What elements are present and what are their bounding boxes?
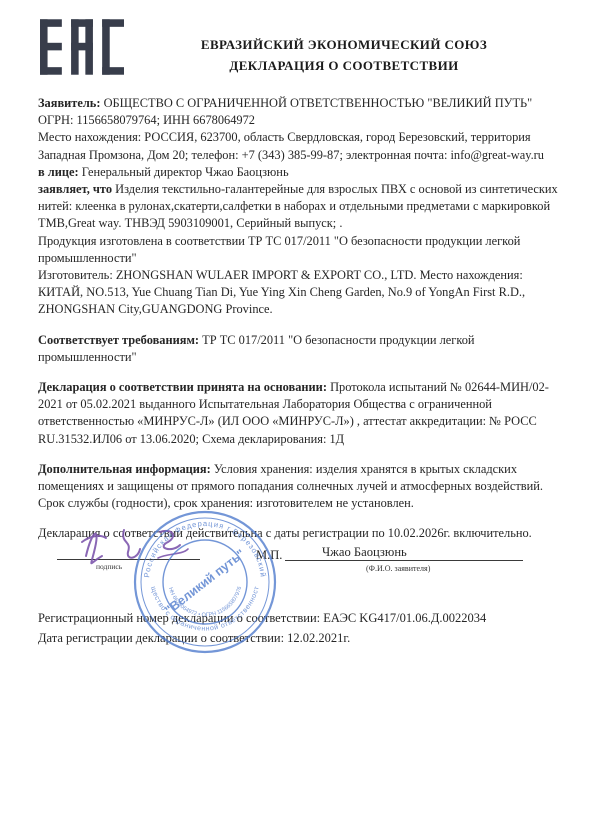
complies-label: Соответствует требованиям: (38, 333, 199, 347)
ogrn-text: ОГРН: 1156658079764; ИНН 6678064972 (38, 113, 255, 127)
company-stamp: Российская Федерация г.Березовский Общес… (131, 508, 279, 656)
document-body: Заявитель: ОБЩЕСТВО С ОГРАНИЧЕННОЙ ОТВЕТ… (0, 81, 594, 543)
applicant-name-caption: (Ф.И.О. заявителя) (366, 564, 430, 573)
manufacturer-text: Изготовитель: ZHONGSHAN WULAER IMPORT & … (38, 268, 525, 316)
declares-label: заявляет, что (38, 182, 112, 196)
document-title: ДЕКЛАРАЦИЯ О СООТВЕТСТВИИ (124, 55, 564, 76)
paragraph-declares: заявляет, что Изделия текстильно-галанте… (38, 181, 566, 233)
applicant-text: ОБЩЕСТВО С ОГРАНИЧЕННОЙ ОТВЕТСТВЕННОСТЬЮ… (104, 96, 533, 110)
paragraph-additional-info: Дополнительная информация: Условия хране… (38, 461, 566, 513)
basis-label: Декларация о соответствии принята на осн… (38, 380, 327, 394)
applicant-label: Заявитель: (38, 96, 101, 110)
applicant-name: Чжао Баоцзюнь (322, 545, 407, 560)
additional-info-label: Дополнительная информация: (38, 462, 211, 476)
paragraph-applicant: Заявитель: ОБЩЕСТВО С ОГРАНИЧЕННОЙ ОТВЕТ… (38, 95, 566, 112)
eac-logo (40, 18, 124, 81)
document-header: ЕВРАЗИЙСКИЙ ЭКОНОМИЧЕСКИЙ СОЮЗ ДЕКЛАРАЦИ… (0, 0, 594, 81)
declaration-document: ЕВРАЗИЙСКИЙ ЭКОНОМИЧЕСКИЙ СОЮЗ ДЕКЛАРАЦИ… (0, 0, 594, 840)
made-in-accordance-text: Продукция изготовлена в соответствии ТР … (38, 234, 520, 265)
paragraph-ogrn-inn: ОГРН: 1156658079764; ИНН 6678064972 (38, 112, 566, 129)
eac-mark-icon (40, 18, 124, 76)
address-text: Место нахождения: РОССИЯ, 623700, област… (38, 130, 544, 161)
paragraph-address: Место нахождения: РОССИЯ, 623700, област… (38, 129, 566, 163)
paragraph-represented-by: в лице: Генеральный директор Чжао Баоцзю… (38, 164, 566, 181)
represented-by-text: Генеральный директор Чжао Баоцзюнь (82, 165, 289, 179)
paragraph-complies: Соответствует требованиям: ТР ТС 017/201… (38, 332, 566, 366)
represented-by-label: в лице: (38, 165, 79, 179)
paragraph-made-in-accordance: Продукция изготовлена в соответствии ТР … (38, 233, 566, 267)
header-titles: ЕВРАЗИЙСКИЙ ЭКОНОМИЧЕСКИЙ СОЮЗ ДЕКЛАРАЦИ… (124, 18, 564, 76)
stamp-center-text: "Великий путь" (162, 547, 247, 618)
paragraph-basis: Декларация о соответствии принята на осн… (38, 379, 566, 448)
declares-text: Изделия текстильно-галантерейные для взр… (38, 182, 558, 230)
union-title: ЕВРАЗИЙСКИЙ ЭКОНОМИЧЕСКИЙ СОЮЗ (124, 34, 564, 55)
paragraph-manufacturer: Изготовитель: ZHONGSHAN WULAER IMPORT & … (38, 267, 566, 319)
